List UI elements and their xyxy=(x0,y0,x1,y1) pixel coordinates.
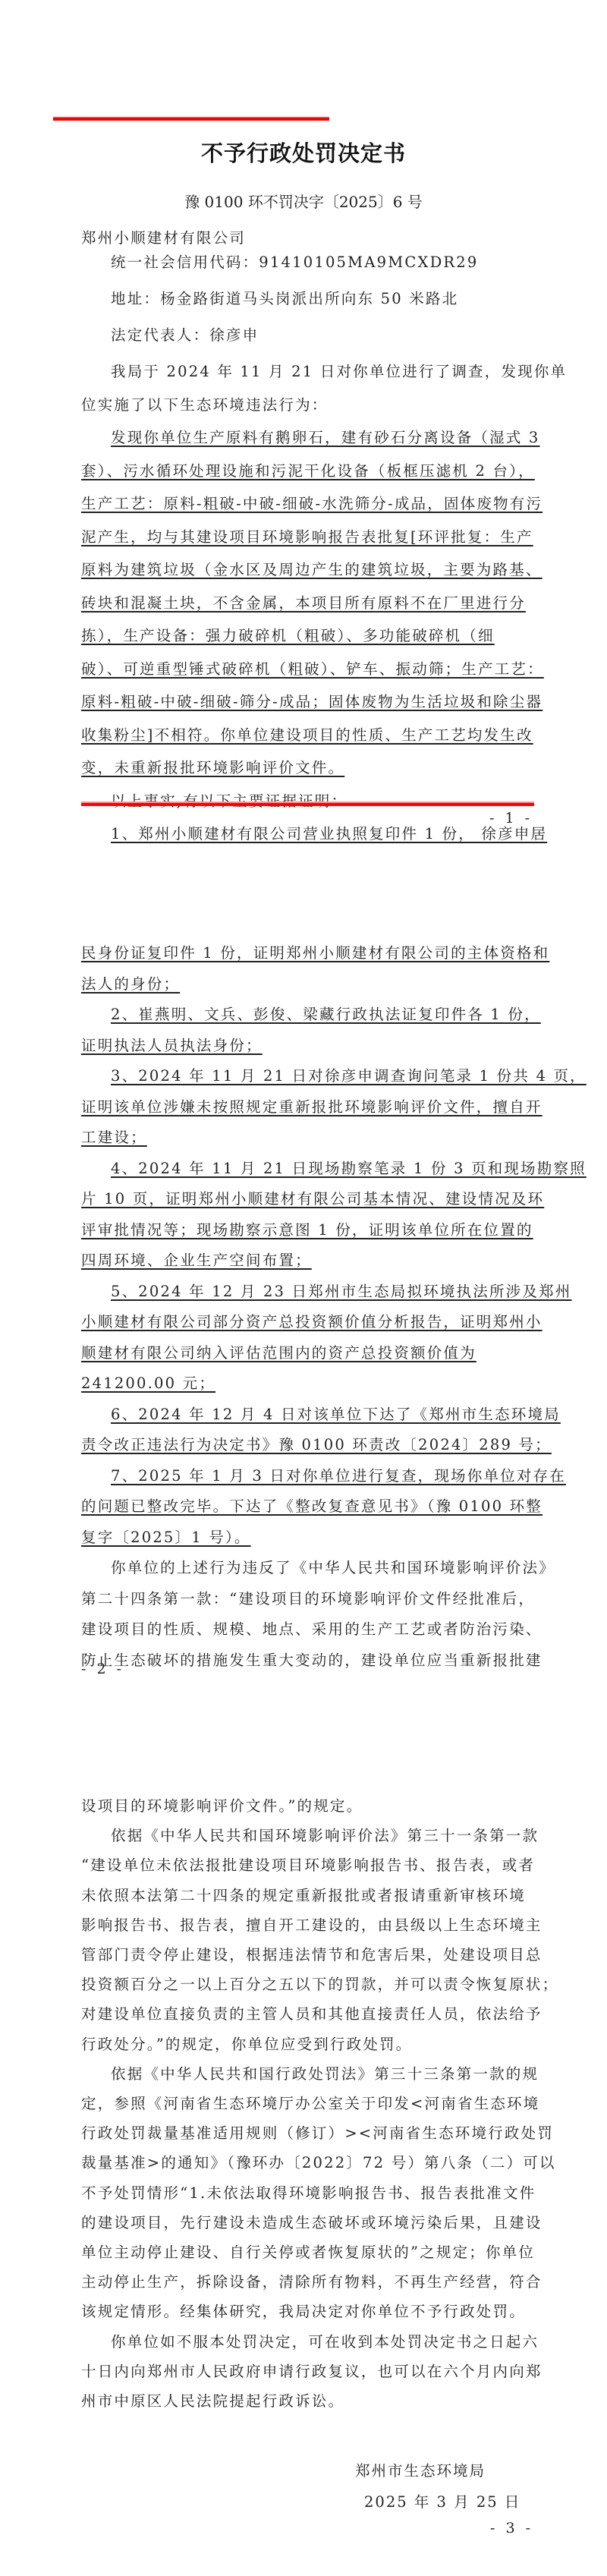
text-line: 证明执法人员执法身份； xyxy=(81,1034,541,1058)
text-line: 你单位的上述行为违反了《中华人民共和国环境影响评价法》 xyxy=(111,1556,541,1580)
text-line: 原料-粗破-中破-细破-筛分-成品；固体废物为生活垃圾和除尘器 xyxy=(81,690,541,714)
text-line: 复字〔2025〕1 号）。 xyxy=(81,1526,541,1550)
text-line: 4、2024 年 11 月 21 日现场勘察笔录 1 份 3 页和现场勘察照 xyxy=(111,1157,541,1181)
text-line: 证明该单位涉嫌未按照规定重新报批环境影响评价文件，擅自开 xyxy=(81,1095,541,1120)
text-line-content: 影响报告书、报告表，擅自开工建设的，由县级以上生态环境主 xyxy=(81,1916,543,1934)
text-line-content: 该规定情形。经集体研究，我局决定对你单位不予行政处罚。 xyxy=(81,2303,526,2320)
party-legal-rep: 法定代表人：徐彦申 xyxy=(111,323,571,348)
text-line-content: 小顺建材有限公司部分资产总投资额价值分析报告，证明郑州小 xyxy=(81,1313,543,1331)
header-red-rule xyxy=(53,117,329,121)
text-line-content: 十日内向郑州市人民政府申请行政复议，也可以在六个月内向郑 xyxy=(81,2363,543,2380)
text-line: 241200.00 元； xyxy=(81,1371,541,1396)
text-line-content: 破）、可逆重型锤式破碎机（粗破）、铲车、振动筛；生产工艺： xyxy=(81,660,544,678)
party-credit-code: 统一社会信用代码：91410105MA9MCXDR29 xyxy=(111,250,571,275)
text-line: 管部门责令停止建设，根据违法情节和危害后果，处建设项目总 xyxy=(81,1943,541,1967)
party-name: 郑州小顺建材有限公司 xyxy=(81,226,541,250)
text-line: 依据《中华人民共和国环境影响评价法》第三十一条第一款 xyxy=(111,1824,541,1848)
text-line-content: 行政处分。”的规定，你单位应受到行政处罚。 xyxy=(81,2036,412,2053)
text-line-content: 行政处罚裁量基准适用规则（修订）><河南省生态环境行政处罚 xyxy=(81,2124,554,2142)
text-line-content: 套）、污水循环处理设施和污泥干化设备（板框压滤机 2 台）， xyxy=(81,462,535,480)
text-line: 我局于 2024 年 11 月 21 日对你单位进行了调查，发现你单 xyxy=(111,360,541,384)
text-line-content: 主动停止生产，拆除设备，清除所有物料，不再生产经营，符合 xyxy=(81,2273,543,2291)
text-line-content: 四周环境、企业生产空间布置； xyxy=(81,1252,312,1269)
text-line-content: 片 10 页，证明郑州小顺建材有限公司基本情况、建设情况及环 xyxy=(81,1190,544,1208)
text-line-content: 工建设； xyxy=(81,1129,147,1146)
text-line: 2、崔燕明、文兵、彭俊、梁藏行政执法证复印件各 1 份， xyxy=(111,1003,541,1027)
text-line: 顺建材有限公司纳入评估范围内的资产总投资额价值为 xyxy=(81,1341,541,1365)
text-line-content: 变，未重新报批环境影响评价文件。 xyxy=(81,759,344,776)
text-line-content: 建设项目的性质、规模、地点、采用的生产工艺或者防治污染、 xyxy=(81,1620,543,1638)
text-line-content: 位实施了以下生态环境违法行为： xyxy=(81,396,329,414)
text-line-content: 州市中原区人民法院提起行政诉讼。 xyxy=(81,2392,344,2410)
text-line-content: 7、2025 年 1 月 3 日对你单位进行复查，现场你单位对存在 xyxy=(111,1467,566,1485)
text-line-content: 依据《中华人民共和国行政处罚法》第三十三条第一款的规 xyxy=(111,2065,539,2083)
text-line: 5、2024 年 12 月 23 日郑州市生态局拟环境执法所涉及郑州 xyxy=(111,1280,541,1304)
text-line: 第二十四条第一款：“建设项目的环境影响评价文件经批准后， xyxy=(81,1587,541,1611)
text-line-content: 原料为建筑垃圾（金水区及周边产生的建筑垃圾，主要为路基、 xyxy=(81,561,543,578)
text-line-content: 收集粉尘]不相符。你单位建设项目的性质、生产工艺均发生改 xyxy=(81,726,533,744)
text-line: 6、2024 年 12 月 4 日对该单位下达了《郑州市生态环境局 xyxy=(111,1403,541,1427)
text-line-content: 泥产生，均与其建设项目环境影响报告表批复[环评批复：生产 xyxy=(81,528,533,546)
text-line: 你单位如不服本处罚决定，可在收到本处罚决定书之日起六 xyxy=(111,2330,541,2354)
page-number-3: - 3 - xyxy=(490,2520,533,2537)
text-line-content: 241200.00 元； xyxy=(81,1375,215,1392)
text-line: 行政处分。”的规定，你单位应受到行政处罚。 xyxy=(81,2033,541,2057)
text-line: “建设单位未依法报批建设项目环境影响报告书、报告表，或者 xyxy=(81,1853,541,1878)
text-line-content: 你单位的上述行为违反了《中华人民共和国环境影响评价法》 xyxy=(111,1559,555,1576)
text-line-content: 定，参照《河南省生态环境厅办公室关于印发<河南省生态环境 xyxy=(81,2095,539,2112)
text-line-content: 6、2024 年 12 月 4 日对该单位下达了《郑州市生态环境局 xyxy=(111,1406,561,1423)
text-line: 责令改正违法行为决定书》豫 0100 环责改〔2024〕289 号； xyxy=(81,1433,541,1457)
text-line: 该规定情形。经集体研究，我局决定对你单位不予行政处罚。 xyxy=(81,2300,541,2324)
text-line-content: 民身份证复印件 1 份，证明郑州小顺建材有限公司的主体资格和 xyxy=(81,944,549,962)
page-1-footer-rule xyxy=(81,801,534,806)
text-line: 发现你单位生产原料有鹅卵石，建有砂石分离设备（湿式 3 xyxy=(111,426,541,450)
text-line: 州市中原区人民法院提起行政诉讼。 xyxy=(81,2389,541,2414)
text-line: 不予处罚情形“1.未依法取得环境影响报告书、报告表批准文件 xyxy=(81,2181,541,2206)
issuer-name: 郑州市生态环境局 xyxy=(355,2459,486,2480)
page-number-2: - 2 - xyxy=(81,1661,124,1677)
text-line: 法人的身份； xyxy=(81,972,541,997)
text-line-content: 评审批情况等；现场勘察示意图 1 份，证明该单位所在位置的 xyxy=(81,1221,533,1239)
text-line: 7、2025 年 1 月 3 日对你单位进行复查，现场你单位对存在 xyxy=(111,1464,541,1488)
text-line: 防止生态破坏的措施发生重大变动的，建设单位应当重新报批建 xyxy=(81,1649,541,1673)
page-title: 不予行政处罚决定书 xyxy=(0,137,607,168)
page-number-1: - 1 - xyxy=(489,810,533,827)
text-line: 小顺建材有限公司部分资产总投资额价值分析报告，证明郑州小 xyxy=(81,1310,541,1334)
text-line-content: 我局于 2024 年 11 月 21 日对你单位进行了调查，发现你单 xyxy=(111,363,567,380)
text-line-content: 设项目的环境影响评价文件。”的规定。 xyxy=(81,1797,363,1815)
text-line-content: 拣），生产设备：强力破碎机（粗破）、多功能破碎机（细 xyxy=(81,627,495,644)
text-line: 片 10 页，证明郑州小顺建材有限公司基本情况、建设情况及环 xyxy=(81,1187,541,1211)
text-line-content: 证明该单位涉嫌未按照规定重新报批环境影响评价文件，擅自开 xyxy=(81,1098,543,1116)
text-line-content: 3、2024 年 11 月 21 日对徐彦申调查询问笔录 1 份共 4 页， xyxy=(111,1067,587,1085)
text-line-content: 顺建材有限公司纳入评估范围内的资产总投资额价值为 xyxy=(81,1344,476,1362)
text-line: 拣），生产设备：强力破碎机（粗破）、多功能破碎机（细 xyxy=(81,624,541,648)
text-line: 四周环境、企业生产空间布置； xyxy=(81,1249,541,1273)
text-line-content: 裁量基准>的通知》（豫环办〔2022〕72 号）第八条（二）可以 xyxy=(81,2154,556,2171)
text-line: 设项目的环境影响评价文件。”的规定。 xyxy=(81,1794,541,1819)
text-line: 行政处罚裁量基准适用规则（修订）><河南省生态环境行政处罚 xyxy=(81,2121,541,2146)
text-line: 投资额百分之一以上百分之五以下的罚款，并可以责令恢复原状； xyxy=(81,1973,541,1997)
party-address: 地址：杨金路街道马头岗派出所向东 50 米路北 xyxy=(111,287,571,311)
issue-date: 2025 年 3 月 25 日 xyxy=(364,2490,521,2511)
text-line-content: 不予处罚情形“1.未依法取得环境影响报告书、报告表批准文件 xyxy=(81,2184,536,2202)
text-line: 建设项目的性质、规模、地点、采用的生产工艺或者防治污染、 xyxy=(81,1617,541,1642)
text-line-content: 防止生态破坏的措施发生重大变动的，建设单位应当重新报批建 xyxy=(81,1652,543,1669)
text-line: 1、郑州小顺建材有限公司营业执照复印件 1 份， 徐彦申居 xyxy=(111,822,541,846)
text-line: 砖块和混凝土块，不含金属，本项目所有原料不在厂里进行分 xyxy=(81,591,541,616)
text-line: 裁量基准>的通知》（豫环办〔2022〕72 号）第八条（二）可以 xyxy=(81,2151,541,2175)
text-line: 破）、可逆重型锤式破碎机（粗破）、铲车、振动筛；生产工艺： xyxy=(81,657,541,682)
text-line-content: 证明执法人员执法身份； xyxy=(81,1037,263,1054)
text-line-content: 2、崔燕明、文兵、彭俊、梁藏行政执法证复印件各 1 份， xyxy=(111,1006,541,1023)
text-line-content: 1、郑州小顺建材有限公司营业执照复印件 1 份， 徐彦申居 xyxy=(111,825,547,842)
text-line: 生产工艺：原料-粗破-中破-细破-水洗筛分-成品，固体废物有污 xyxy=(81,492,541,516)
text-line-content: 第二十四条第一款：“建设项目的环境影响评价文件经批准后， xyxy=(81,1590,535,1608)
text-line: 的问题已整改完毕。下达了《整改复查意见书》（豫 0100 环整 xyxy=(81,1494,541,1519)
text-line: 套）、污水循环处理设施和污泥干化设备（板框压滤机 2 台）， xyxy=(81,459,541,483)
text-line: 定，参照《河南省生态环境厅办公室关于印发<河南省生态环境 xyxy=(81,2092,541,2116)
text-line-content: 砖块和混凝土块，不含金属，本项目所有原料不在厂里进行分 xyxy=(81,594,526,612)
text-line-content: “建设单位未依法报批建设项目环境影响报告书、报告表，或者 xyxy=(81,1856,535,1874)
text-line-content: 以上事实,有以下主要证据证明： xyxy=(111,792,348,810)
text-line: 3、2024 年 11 月 21 日对徐彦申调查询问笔录 1 份共 4 页， xyxy=(111,1064,541,1088)
text-line-content: 生产工艺：原料-粗破-中破-细破-水洗筛分-成品，固体废物有污 xyxy=(81,495,543,512)
text-line: 原料为建筑垃圾（金水区及周边产生的建筑垃圾，主要为路基、 xyxy=(81,558,541,582)
text-line: 泥产生，均与其建设项目环境影响报告表批复[环评批复：生产 xyxy=(81,525,541,550)
text-line-content: 原料-粗破-中破-细破-筛分-成品；固体废物为生活垃圾和除尘器 xyxy=(81,693,543,710)
text-line: 影响报告书、报告表，擅自开工建设的，由县级以上生态环境主 xyxy=(81,1913,541,1938)
text-line: 评审批情况等；现场勘察示意图 1 份，证明该单位所在位置的 xyxy=(81,1218,541,1242)
document-number: 豫 0100 环不罚决字〔2025〕6 号 xyxy=(0,190,607,212)
text-line-content: 发现你单位生产原料有鹅卵石，建有砂石分离设备（湿式 3 xyxy=(111,429,540,446)
text-line-content: 的建设项目，先行建设未造成生态破坏或环境污染后果，且建设 xyxy=(81,2214,543,2231)
text-line: 民身份证复印件 1 份，证明郑州小顺建材有限公司的主体资格和 xyxy=(81,941,541,965)
text-line-content: 管部门责令停止建设，根据违法情节和危害后果，处建设项目总 xyxy=(81,1946,543,1963)
text-line-content: 单位主动停止建设、自行关停或者恢复原状的”之规定；你单位 xyxy=(81,2244,535,2261)
text-line-content: 投资额百分之一以上百分之五以下的罚款，并可以责令恢复原状； xyxy=(81,1976,558,1993)
text-line-content: 未依照本法第二十四条的规定重新报批或者报请重新审核环境 xyxy=(81,1887,526,1904)
text-line: 十日内向郑州市人民政府申请行政复议，也可以在六个月内向郑 xyxy=(81,2360,541,2384)
text-line-content: 5、2024 年 12 月 23 日郑州市生态局拟环境执法所涉及郑州 xyxy=(111,1283,571,1300)
text-line: 收集粉尘]不相符。你单位建设项目的性质、生产工艺均发生改 xyxy=(81,723,541,748)
text-line: 位实施了以下生态环境违法行为： xyxy=(81,393,541,417)
text-line: 单位主动停止建设、自行关停或者恢复原状的”之规定；你单位 xyxy=(81,2241,541,2265)
text-line: 主动停止生产，拆除设备，清除所有物料，不再生产经营，符合 xyxy=(81,2270,541,2294)
text-line-content: 你单位如不服本处罚决定，可在收到本处罚决定书之日起六 xyxy=(111,2333,539,2351)
text-line-content: 依据《中华人民共和国环境影响评价法》第三十一条第一款 xyxy=(111,1827,539,1844)
text-line: 的建设项目，先行建设未造成生态破坏或环境污染后果，且建设 xyxy=(81,2211,541,2235)
text-line-content: 的问题已整改完毕。下达了《整改复查意见书》（豫 0100 环整 xyxy=(81,1497,543,1515)
text-line-content: 复字〔2025〕1 号）。 xyxy=(81,1529,251,1546)
text-line-content: 法人的身份； xyxy=(81,975,180,993)
text-line: 工建设； xyxy=(81,1126,541,1150)
text-line: 变，未重新报批环境影响评价文件。 xyxy=(81,756,541,780)
text-line-content: 责令改正违法行为决定书》豫 0100 环责改〔2024〕289 号； xyxy=(81,1436,552,1453)
text-line: 对建设单位直接负责的主管人员和其他直接责任人员，依法给予 xyxy=(81,2002,541,2026)
text-line: 依据《中华人民共和国行政处罚法》第三十三条第一款的规 xyxy=(111,2062,541,2086)
text-line-content: 对建设单位直接负责的主管人员和其他直接责任人员，依法给予 xyxy=(81,2005,543,2023)
text-line-content: 4、2024 年 11 月 21 日现场勘察笔录 1 份 3 页和现场勘察照 xyxy=(111,1160,587,1177)
text-line: 未依照本法第二十四条的规定重新报批或者报请重新审核环境 xyxy=(81,1884,541,1908)
